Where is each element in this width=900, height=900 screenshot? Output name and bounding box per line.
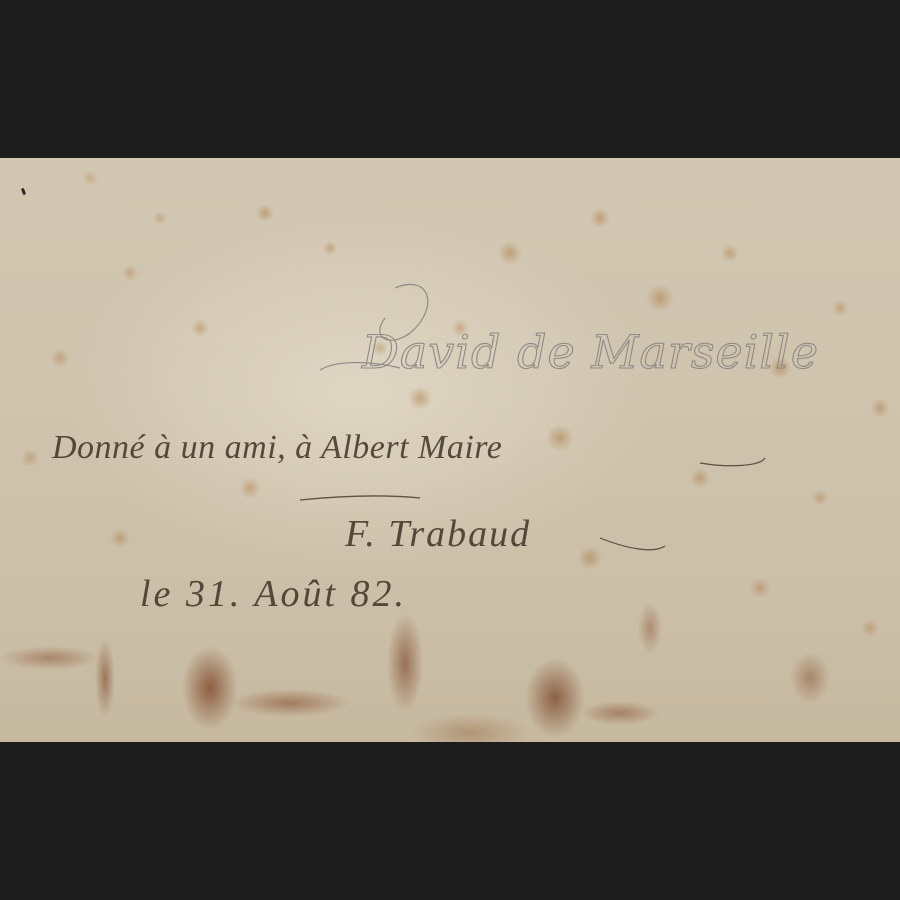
signature-overline [300, 496, 420, 500]
pencil-signature: David de Marseille [361, 325, 819, 379]
signature-tail [600, 538, 665, 550]
date-line: le 31. Août 82. [140, 573, 407, 615]
paper-photograph: David de Marseille Donné à un ami, à Alb… [0, 158, 900, 742]
handwriting-layer: David de Marseille Donné à un ami, à Alb… [0, 158, 900, 742]
dedication-flourish [700, 458, 765, 466]
signature-trabaud: F. Trabaud [344, 513, 531, 555]
dedication-line: Donné à un ami, à Albert Maire [51, 429, 502, 466]
